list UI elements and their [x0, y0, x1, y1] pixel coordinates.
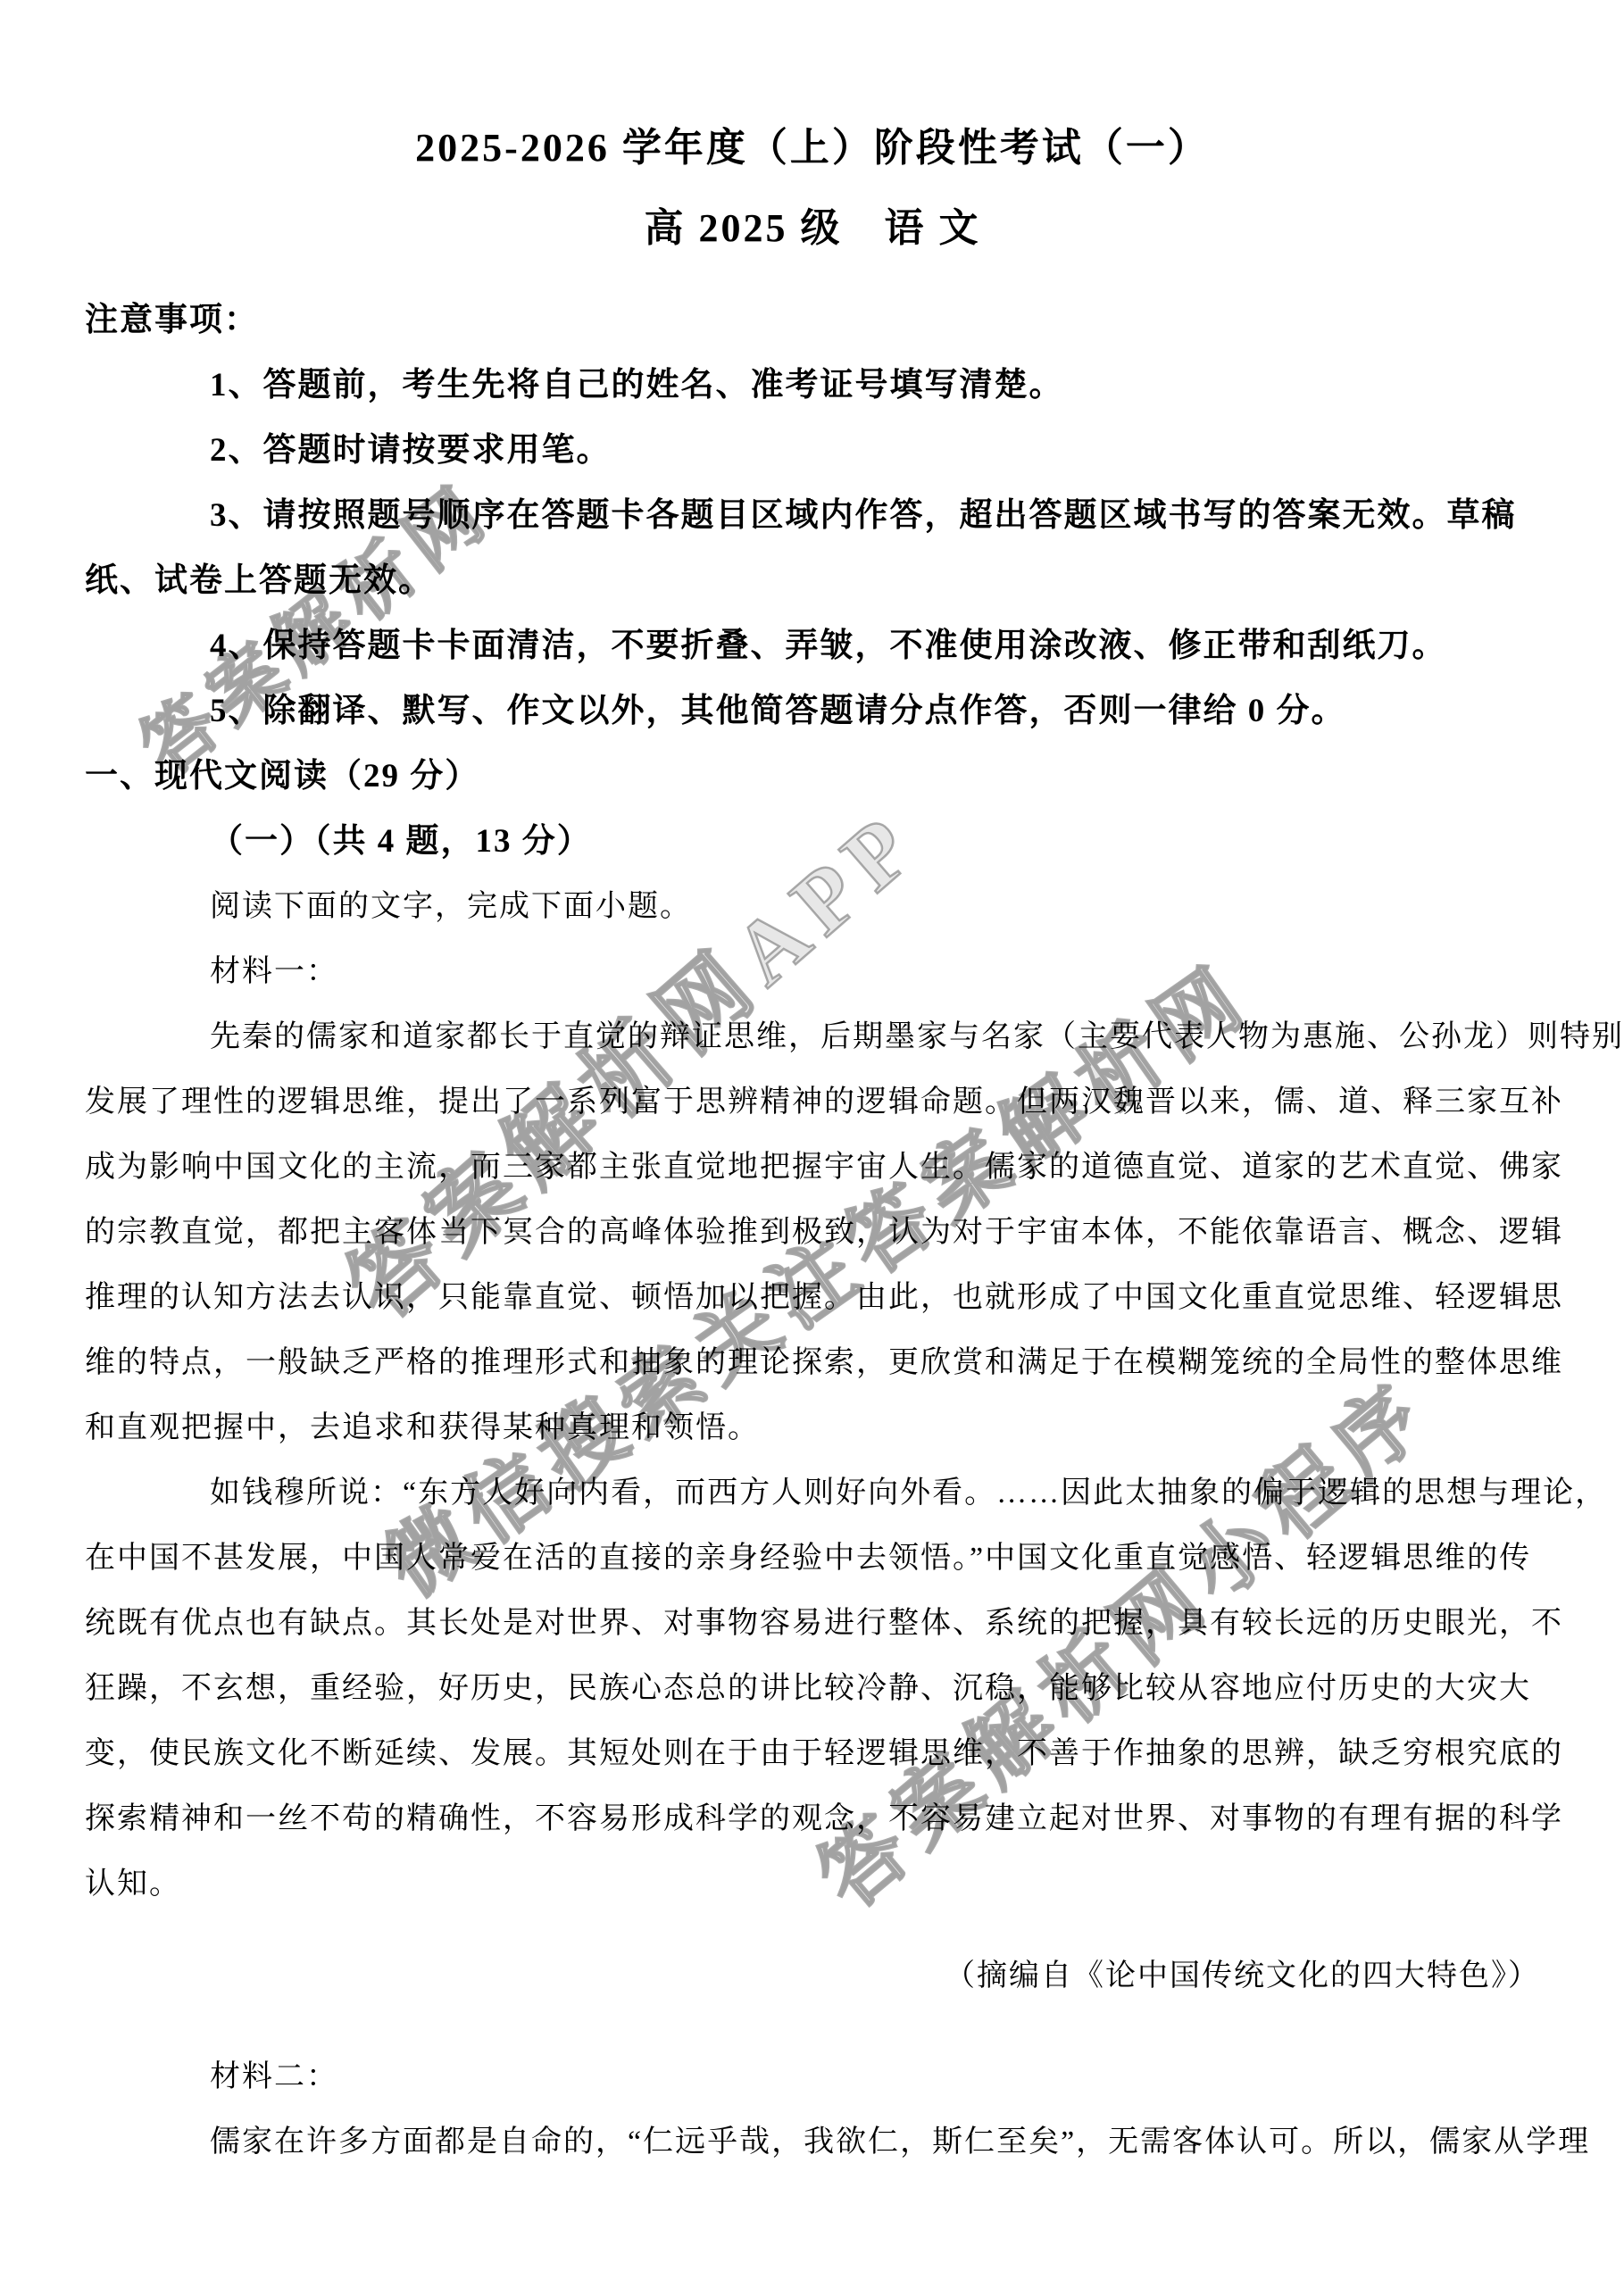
- passage-line: 统既有优点也有缺点。其长处是对世界、对事物容易进行整体、系统的把握，具有较长远的…: [85, 1591, 1540, 1656]
- passage-source: （摘编自《论中国传统文化的四大特色》）: [85, 1943, 1540, 2009]
- exam-subtitle: 高 2025 级 语 文: [85, 200, 1540, 257]
- passage-line: 儒家在许多方面都是自命的，“仁远乎哉，我欲仁，斯仁至矣”，无需客体认可。所以，儒…: [85, 2109, 1540, 2175]
- passage-line: 探索精神和一丝不苟的精确性，不容易形成科学的观念，不容易建立起对世界、对事物的有…: [85, 1786, 1540, 1851]
- material-heading: 材料二：: [85, 2044, 1540, 2109]
- document-body: 2025-2026 学年度（上）阶段性考试（一）高 2025 级 语 文注意事项…: [0, 0, 1624, 2296]
- section-heading: 一、现代文阅读（29 分）: [85, 744, 1540, 809]
- exam-title: 2025-2026 学年度（上）阶段性考试（一）: [85, 120, 1540, 177]
- passage-line: 的宗教直觉，都把主客体当下冥合的高峰体验推到极致，认为对于宇宙本体，不能依靠语言…: [85, 1200, 1540, 1265]
- passage-line: 变，使民族文化不断延续、发展。其短处则在于由于轻逻辑思维，不善于作抽象的思辨，缺…: [85, 1721, 1540, 1786]
- passage-line: 推理的认知方法去认识，只能靠直觉、顿悟加以把握。由此，也就形成了中国文化重直觉思…: [85, 1265, 1540, 1330]
- passage-line: 成为影响中国文化的主流，而三家都主张直觉地把握宇宙人生。儒家的道德直觉、道家的艺…: [85, 1135, 1540, 1200]
- notice-item-continuation: 纸、试卷上答题无效。: [85, 548, 1540, 613]
- notice-item: 5、除翻译、默写、作文以外，其他简答题请分点作答，否则一律给 0 分。: [85, 678, 1540, 744]
- passage-line: 在中国不甚发展，中国人常爱在活的直接的亲身经验中去领悟。”中国文化重直觉感悟、轻…: [85, 1526, 1540, 1591]
- instruction-line: 阅读下面的文字，完成下面小题。: [85, 874, 1540, 939]
- passage-line: 发展了理性的逻辑思维，提出了一系列富于思辨精神的逻辑命题。但两汉魏晋以来，儒、道…: [85, 1069, 1540, 1135]
- passage-line: 先秦的儒家和道家都长于直觉的辩证思维，后期墨家与名家（主要代表人物为惠施、公孙龙…: [85, 1004, 1540, 1069]
- passage-line: 和直观把握中，去追求和获得某种真理和领悟。: [85, 1395, 1540, 1460]
- passage-line: 认知。: [85, 1851, 1540, 1917]
- passage-line: 材料一：: [85, 939, 1540, 1004]
- notice-item: 3、请按照题号顺序在答题卡各题目区域内作答，超出答题区域书写的答案无效。草稿: [85, 483, 1540, 548]
- notice-item: 4、保持答题卡卡面清洁，不要折叠、弄皱，不准使用涂改液、修正带和刮纸刀。: [85, 613, 1540, 678]
- passage-line: 维的特点，一般缺乏严格的推理形式和抽象的理论探索，更欣赏和满足于在模糊笼统的全局…: [85, 1330, 1540, 1395]
- subsection-heading: （一）（共 4 题，13 分）: [85, 809, 1540, 874]
- notice-item: 2、答题时请按要求用笔。: [85, 418, 1540, 483]
- notice-item: 1、答题前，考生先将自己的姓名、准考证号填写清楚。: [85, 353, 1540, 418]
- notice-heading: 注意事项：: [85, 287, 1540, 353]
- passage-line: 如钱穆所说：“东方人好向内看，而西方人则好向外看。……因此太抽象的偏于逻辑的思想…: [85, 1460, 1540, 1526]
- passage-line: 狂躁，不玄想，重经验，好历史，民族心态总的讲比较冷静、沉稳，能够比较从容地应付历…: [85, 1656, 1540, 1721]
- exam-paper-page: { "document": { "kind": "exam-paper", "t…: [0, 0, 1624, 2296]
